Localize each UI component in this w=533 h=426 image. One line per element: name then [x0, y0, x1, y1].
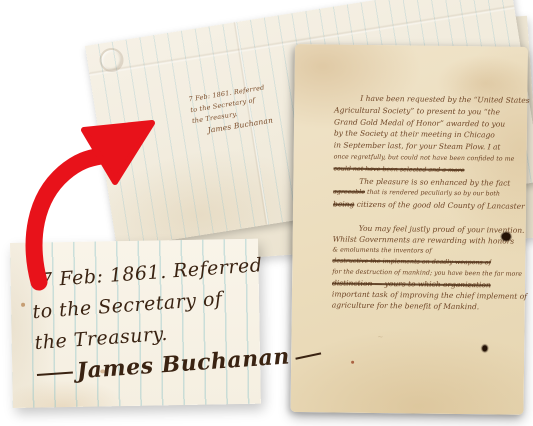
- large-ink-blot: [502, 233, 511, 241]
- document-photo-canvas: 7 Feb: 1861. Referred to the Secretary o…: [0, 0, 533, 426]
- letter-line: agriculture for the benefit of Mankind.: [332, 299, 517, 312]
- ghost-ink-mark: ~: [377, 333, 417, 355]
- rust-speck: [351, 361, 354, 364]
- small-ink-dot: [482, 345, 487, 351]
- letter-paragraph-2: You may feel justly proud of your invent…: [332, 222, 518, 312]
- endorsement-detail-text: 7 Feb: 1861. Referred to the Secretary o…: [29, 246, 326, 390]
- endorsement-detail-crop: 7 Feb: 1861. Referred to the Secretary o…: [10, 239, 261, 408]
- rust-speck: [21, 303, 25, 307]
- handwritten-letter-page: I have been requested by the “United Sta…: [291, 44, 528, 415]
- letter-line: being citizens of the good old County of…: [333, 199, 518, 213]
- signature-flourish: [37, 371, 73, 376]
- signature-flourish: [296, 352, 322, 359]
- letter-paragraph-1: I have been requested by the “United Sta…: [333, 92, 519, 212]
